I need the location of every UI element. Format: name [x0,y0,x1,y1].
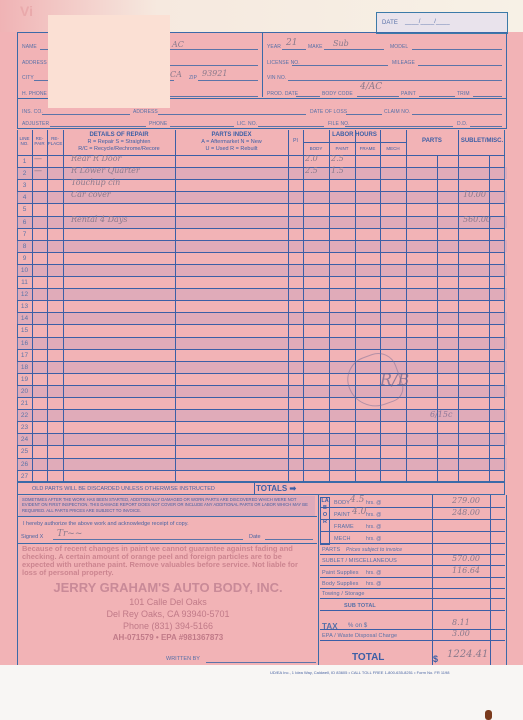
column-divider [288,130,289,482]
towing-label: Towing / Storage [322,591,365,597]
adjuster-label: ADJUSTER [22,121,49,127]
zip-value: 93921 [202,69,227,78]
row-line [17,288,505,289]
body-code-value: 4/AC [360,82,382,92]
table-row[interactable]: 8 [17,240,507,252]
line-number: 15 [17,327,32,334]
line-number: 19 [17,376,32,383]
body-supplies-row-line [320,588,505,589]
column-divider [406,130,407,482]
cell-repair: — [34,154,42,163]
signature: Tr~~ [57,529,82,539]
column-divider [175,130,176,482]
cell-sublet: 10.00 [463,190,486,199]
parts-note: Prices subject to invoice [346,547,402,553]
year-label: YEAR [267,44,281,50]
table-row[interactable]: 12 [17,288,507,300]
date-box: DATE ____/____/____ [376,12,508,34]
ins-co-field[interactable] [42,114,130,115]
make-label: MAKE [308,44,323,50]
year-value: 21 [286,38,297,48]
row-line [17,203,505,204]
line-number: 6 [17,219,32,226]
paint-hours-value: 4.0 [352,507,366,517]
lic-no-field[interactable] [258,126,324,127]
signature-field[interactable] [53,539,243,540]
handwritten-date: 6/15c [430,410,452,419]
paint-notice: Because of recent changes in paint we ca… [22,545,314,577]
sublet-amount: 570.00 [452,554,480,563]
col-replace: RE- PLACE [47,136,63,146]
old-parts-notice: OLD PARTS WILL BE DISCARDED UNLESS OTHER… [32,486,215,492]
footer-text: UD/EA Inc., 1 Idea Way, Caldwell, ID 836… [270,670,449,675]
line-number: 3 [17,182,32,189]
name-value: AC [172,40,184,49]
body-hours-value: 4.5 [350,495,364,505]
line-number: 16 [17,340,32,347]
tax-amount: 8.11 [452,618,470,627]
subtotal-label: SUB TOTAL [344,603,376,609]
column-divider [32,130,33,482]
city-value: CA [170,70,182,79]
stain-mark [485,710,492,720]
shop-license: AH-071579 • EPA #981367873 [20,633,316,642]
paint-label: PAINT [334,512,350,518]
model-label: MODEL [390,44,408,50]
table-row[interactable]: 26 [17,458,507,470]
col-mech: MECH [380,146,406,151]
table-row[interactable]: 27 [17,470,507,482]
auth-date-field[interactable] [265,539,313,540]
table-row[interactable]: 16 [17,337,507,349]
column-divider [380,130,381,482]
cell-details: Car cover [71,190,111,199]
column-divider [437,155,438,482]
name-label: NAME [22,44,37,50]
body-supplies-label: Body Supplies [322,581,358,587]
make-field[interactable] [324,49,384,50]
hrs-at-label: hrs. @ [366,512,381,518]
row-line [17,458,505,459]
row-line [17,421,505,422]
col-line-no: LINE NO. [17,136,32,146]
column-divider [458,130,459,482]
row-line [17,324,505,325]
table-row[interactable]: 15 [17,324,507,336]
address-label: ADDRESS [22,60,47,66]
vin-label: VIN NO. [267,75,286,81]
line-number: 23 [17,424,32,431]
hrs-at-label: hrs. @ [366,570,381,576]
frame-row-line [320,531,505,532]
totals-row: OLD PARTS WILL BE DISCARDED UNLESS OTHER… [17,482,505,495]
column-divider [355,130,356,482]
tax-on-label: % on $ [348,623,367,629]
written-by-label: WRITTEN BY [166,656,200,662]
zip-field[interactable] [198,80,258,81]
line-number: 21 [17,400,32,407]
mileage-label: MILEAGE [392,60,415,66]
line-number: 4 [17,194,32,201]
date-label: DATE [382,20,398,26]
cell-sublet: 560.00 [463,215,491,224]
line-number: 11 [17,279,32,286]
col-sublet: SUBLET/MISC. [458,138,506,144]
table-row[interactable]: 14 [17,312,507,324]
cell-details: Touchup cln [71,178,120,187]
table-row[interactable]: 9 [17,252,507,264]
column-divider [489,155,490,482]
table-row[interactable]: 4Car cover10.00 [17,191,507,203]
paint-supplies-label: Paint Supplies [322,570,359,576]
year-field[interactable] [282,49,306,50]
line-number: 12 [17,291,32,298]
repair-lines-table: LINE NO. RE- PAIR RE- PLACE DETAILS OF R… [17,130,507,482]
column-divider [329,130,330,482]
row-line [17,385,505,386]
cell-paint: 1.5 [331,166,344,175]
hrs-at-label: hrs. @ [366,536,381,542]
line-number: 27 [17,473,32,480]
frame-label: FRAME [334,524,354,530]
tax-row-line [320,629,505,630]
col-pi: PI [288,138,303,144]
line-number: 1 [17,158,32,165]
row-line [17,349,505,350]
col-details-line1: R = Repair S = Straighten [63,139,175,145]
table-row[interactable]: 17 [17,349,507,361]
subtotal-row-line [320,610,505,611]
date-of-loss-field[interactable] [346,114,382,115]
col-parts: PARTS [406,138,458,144]
row-line [17,300,505,301]
box-divider [262,33,263,97]
row-line [17,445,505,446]
date-field[interactable]: ____/____/____ [405,19,450,25]
signed-label: Signed X [21,534,43,540]
hrs-at-label: hrs. @ [366,500,381,506]
hrs-at-label: hrs. @ [366,524,381,530]
row-line [17,470,505,471]
ins-address-field[interactable] [158,114,306,115]
auth-date-label: Date [249,534,261,540]
row-line [17,361,505,362]
handwritten-initials: R/B [380,370,409,389]
dd-field[interactable] [470,126,502,127]
col-details-line2: R/C = Recycle/Rechrome/Recore [63,146,175,152]
make-value: Sub [333,39,349,48]
sublet-label: SUBLET / MISCELLANEOUS [322,558,397,564]
table-row[interactable]: 24 [17,433,507,445]
total-amount: 1224.41 [447,649,488,660]
mileage-field[interactable] [418,65,502,66]
col-body: BODY [303,146,329,151]
ins-address-label: ADDRESS [133,109,158,115]
table-row[interactable]: 23 [17,421,507,433]
epa-row-line [320,640,505,641]
row-line [17,228,505,229]
table-row[interactable]: 19 [17,373,507,385]
row-line [17,433,505,434]
disclaimer-text: SOMETIMES AFTER THE WORK HAS BEEN STARTE… [19,496,315,516]
cell-repair: — [34,166,42,175]
col-repair: RE- PAIR [32,136,47,146]
line-number: 5 [17,206,32,213]
towing-row-line [320,598,505,599]
parts-label: PARTS [322,547,340,553]
line-number: 25 [17,448,32,455]
cell-body: 2.0 [305,154,318,163]
body-label: BODY [334,500,350,506]
authorization-text: I hereby authorize the above work and ac… [23,521,189,527]
cell-details: Rental 4 Days [71,215,127,224]
line-number: 24 [17,436,32,443]
adjuster-field[interactable] [50,126,146,127]
table-row[interactable]: 6Rental 4 Days560.00 [17,216,507,228]
col-parts-index-line1: A = Aftermarket N = New [175,139,288,145]
table-row[interactable]: 10 [17,264,507,276]
mech-row-line [320,543,505,544]
paint-row-line [320,519,505,520]
shop-address2: Del Rey Oaks, CA 93940-5701 [20,609,316,619]
table-row[interactable]: 20 [17,385,507,397]
line-number: 10 [17,267,32,274]
left-border [17,495,18,665]
zip-label: ZIP [189,75,197,81]
labor-vertical-label: LABOR [320,497,330,545]
row-line [17,252,505,253]
row-line [17,276,505,277]
table-row[interactable]: 25 [17,445,507,457]
totals-divider [254,483,255,494]
ins-co-label: INS. CO. [22,109,43,115]
table-row[interactable]: 13 [17,300,507,312]
dd-label: D.D. [457,121,467,127]
column-divider [303,130,304,482]
table-row[interactable]: 21 [17,397,507,409]
shop-phone: Phone (831) 394-5166 [20,621,316,631]
line-number: 22 [17,412,32,419]
total-label: TOTAL [352,652,384,663]
written-by-field[interactable] [206,662,316,663]
shop-address1: 101 Calle Del Oaks [20,597,316,607]
claim-no-field[interactable] [412,114,502,115]
currency-symbol: $ [433,654,438,664]
row-line [17,264,505,265]
hrs-at-label: hrs. @ [366,581,381,587]
line-number: 17 [17,352,32,359]
column-divider [63,130,64,482]
table-row[interactable]: 7 [17,228,507,240]
row-line [17,240,505,241]
col-details-title: DETAILS OF REPAIR [63,132,175,138]
col-parts-index-line2: U = Used R = Rebuilt [175,146,288,152]
ins-phone-field[interactable] [170,126,234,127]
model-field[interactable] [412,49,502,50]
cell-details: Rear R Door [71,154,121,163]
paint-supplies-amount: 116.64 [452,566,480,575]
col-paint: PAINT [329,146,355,151]
line-number: 26 [17,461,32,468]
paint-amount: 248.00 [452,508,480,517]
row-line [17,337,505,338]
epa-amount: 3.00 [452,629,470,638]
row-line [17,312,505,313]
row-line [17,373,505,374]
epa-label: EPA / Waste Disposal Charge [322,633,397,639]
line-number: 8 [17,243,32,250]
table-row[interactable]: 18 [17,361,507,373]
vin-field[interactable] [288,80,502,81]
cell-body: 2.5 [305,166,318,175]
file-no-field[interactable] [345,126,453,127]
line-number: 13 [17,303,32,310]
line-number: 9 [17,255,32,262]
faded-title: Vi [20,3,33,19]
line-number: 20 [17,388,32,395]
cell-paint: 2.5 [331,154,344,163]
mech-label: MECH [334,536,351,542]
city-label: CITY [22,75,34,81]
table-row[interactable]: 11 [17,276,507,288]
body-amount: 279.00 [452,496,480,505]
row-line [17,397,505,398]
claim-no-label: CLAIM NO. [384,109,410,115]
authorization-box: I hereby authorize the above work and ac… [17,516,317,544]
totals-label: TOTALS ➡ [256,484,296,493]
shop-name: JERRY GRAHAM'S AUTO BODY, INC. [20,580,316,595]
column-divider [47,130,48,482]
ins-phone-label: PHONE [149,121,167,127]
lic-no-label: LIC. NO. [237,121,257,127]
line-number: 14 [17,315,32,322]
col-parts-index-title: PARTS INDEX [175,132,288,138]
paint-supplies-row-line [320,577,505,578]
cell-details: R Lower Quarter [71,166,140,175]
col-frame: FRAME [355,146,380,151]
line-number: 2 [17,170,32,177]
line-number: 7 [17,231,32,238]
line-number: 18 [17,364,32,371]
date-of-loss-label: DATE OF LOSS [310,109,347,115]
license-field[interactable] [292,65,388,66]
redacted-area [48,15,170,108]
